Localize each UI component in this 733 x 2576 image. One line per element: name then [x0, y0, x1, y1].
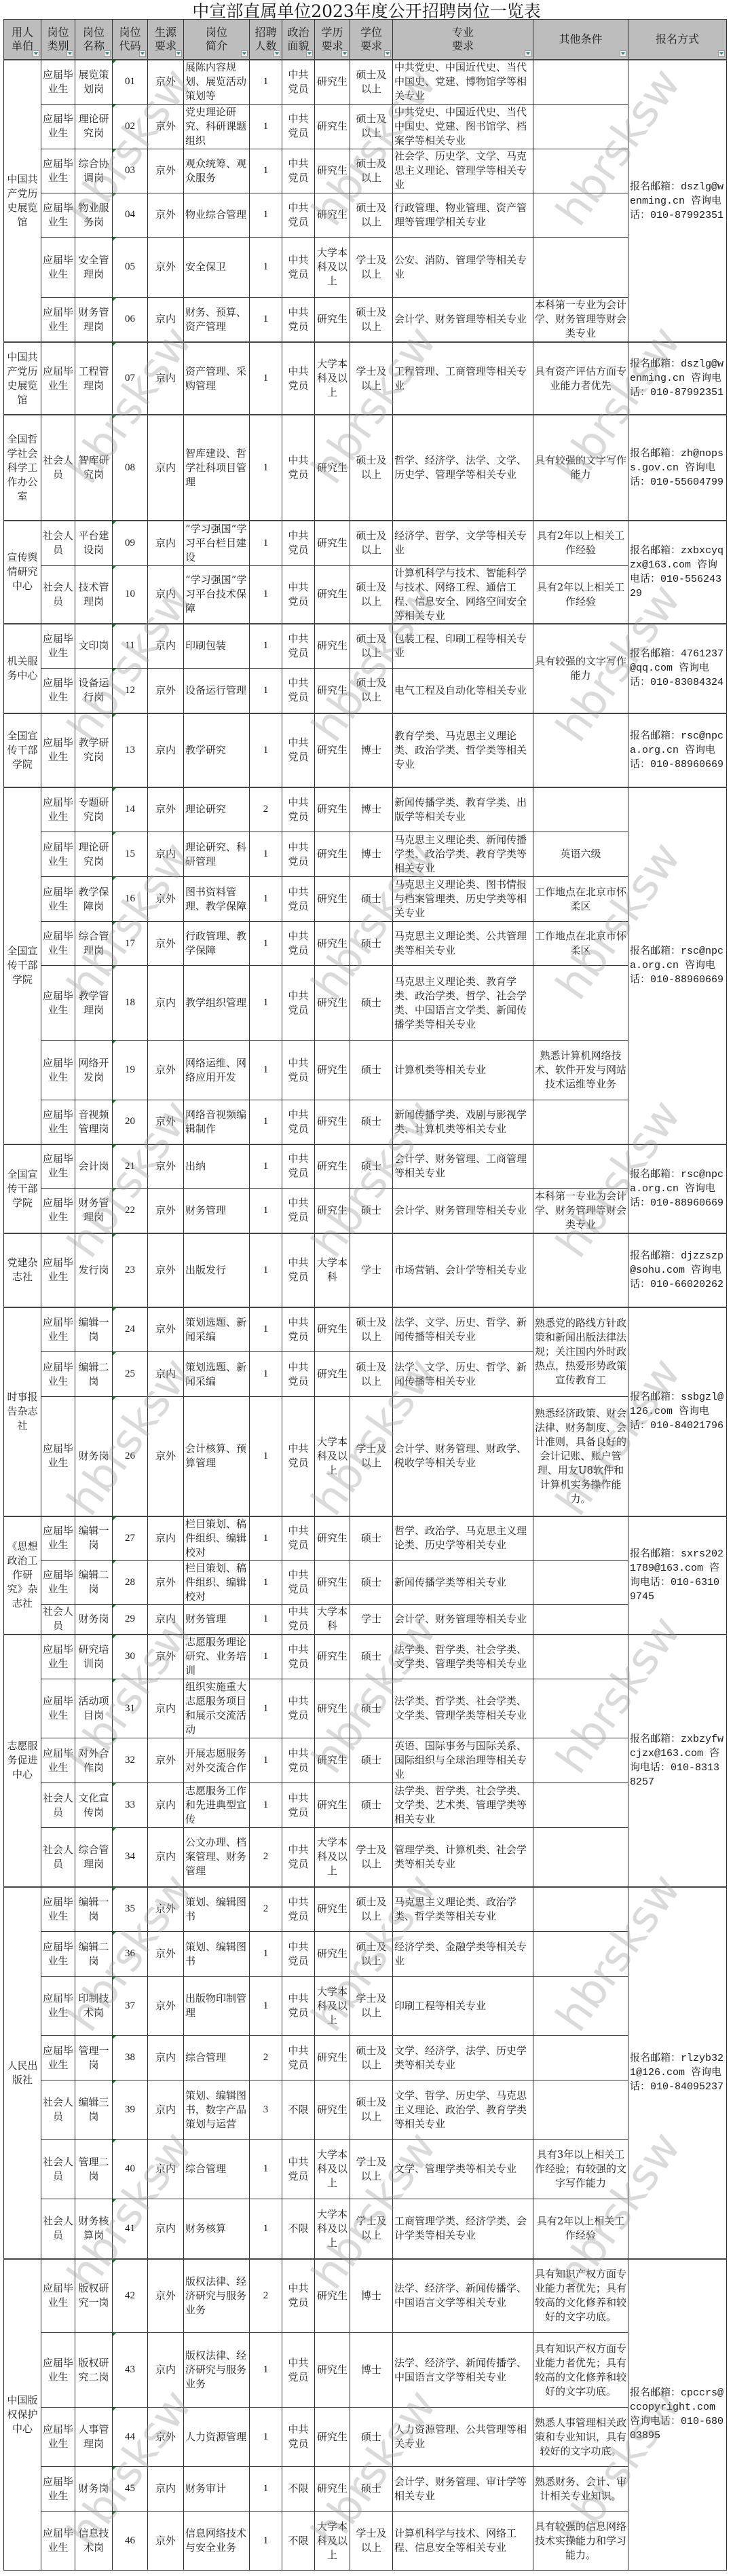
- major-cell[interactable]: 法学、经济学、新闻传播学、中国语言文学等相关专业: [393, 2259, 533, 2333]
- headcount-cell[interactable]: 3: [250, 2080, 282, 2140]
- headcount-cell[interactable]: 1: [250, 1144, 282, 1189]
- headcount-cell[interactable]: 1: [250, 1561, 282, 1605]
- headcount-cell[interactable]: 1: [250, 2467, 282, 2512]
- description-cell[interactable]: 组织实施重大志愿服务项目和展示交流活动: [184, 1679, 250, 1738]
- description-cell[interactable]: 版权法律、经济研究与服务业务: [184, 2259, 250, 2333]
- education-cell[interactable]: 研究生: [315, 1561, 350, 1605]
- application-method-cell[interactable]: 报名邮箱：rsc@npca.org.cn 咨询电话：010-88960669: [628, 1144, 727, 1233]
- position-name-cell[interactable]: 技术管理岗: [75, 565, 113, 624]
- position-code-cell[interactable]: 12: [113, 669, 148, 713]
- description-cell[interactable]: 人力资源管理: [184, 2408, 250, 2467]
- major-cell[interactable]: 马克思主义理论类、图书情报与档案管理类、历史学类等相关专业: [393, 877, 533, 922]
- position-type-cell[interactable]: 应届毕业生: [41, 1233, 75, 1307]
- position-code-cell[interactable]: 19: [113, 1041, 148, 1100]
- source-cell[interactable]: 京内: [148, 2080, 184, 2140]
- political-status-cell[interactable]: 中共党员: [282, 624, 315, 669]
- filter-dropdown-icon[interactable]: [139, 50, 146, 57]
- political-status-cell[interactable]: 中共党员: [282, 1307, 315, 1352]
- source-cell[interactable]: 京内: [148, 1679, 184, 1738]
- position-type-cell[interactable]: 社会人员: [41, 2199, 75, 2259]
- other-conditions-cell[interactable]: [533, 1887, 628, 1932]
- position-code-cell[interactable]: 38: [113, 2036, 148, 2080]
- description-cell[interactable]: 出版发行: [184, 1233, 250, 1307]
- degree-cell[interactable]: 硕士: [350, 1041, 393, 1100]
- education-cell[interactable]: 大学本科: [315, 1233, 350, 1307]
- position-code-cell[interactable]: 07: [113, 342, 148, 415]
- major-cell[interactable]: 法学、文学、历史、哲学、新闻传播等相关专业: [393, 1307, 533, 1352]
- position-type-cell[interactable]: 应届毕业生: [41, 877, 75, 922]
- education-cell[interactable]: 研究生: [315, 565, 350, 624]
- other-conditions-cell[interactable]: [533, 787, 628, 832]
- source-cell[interactable]: 京外: [148, 2512, 184, 2571]
- degree-cell[interactable]: 硕士: [350, 2408, 393, 2467]
- position-code-cell[interactable]: 37: [113, 1977, 148, 2036]
- political-status-cell[interactable]: 中共党员: [282, 342, 315, 415]
- position-type-cell[interactable]: 应届毕业生: [41, 624, 75, 669]
- headcount-cell[interactable]: 1: [250, 1783, 282, 1828]
- application-method-cell[interactable]: 报名邮箱：sxrs2021789@163.com 咨询电话：010-631097…: [628, 1516, 727, 1635]
- position-name-cell[interactable]: 人事管理岗: [75, 2408, 113, 2467]
- description-cell[interactable]: 出版物印制管理: [184, 1977, 250, 2036]
- description-cell[interactable]: 信息网络技术与安全业务: [184, 2512, 250, 2571]
- application-method-cell[interactable]: 报名邮箱：zxbxcyqzx@163.com 咨询电话：010-55624329: [628, 521, 727, 624]
- degree-cell[interactable]: 硕士: [350, 1738, 393, 1783]
- header-count[interactable]: 招聘 人数: [250, 20, 282, 60]
- degree-cell[interactable]: 硕士及以上: [350, 1307, 393, 1352]
- education-cell[interactable]: 大学本科: [315, 1605, 350, 1635]
- position-code-cell[interactable]: 27: [113, 1516, 148, 1561]
- political-status-cell[interactable]: 中共党员: [282, 193, 315, 237]
- source-cell[interactable]: 京外: [148, 1932, 184, 1977]
- description-cell[interactable]: 网络运维、网络应用开发: [184, 1041, 250, 1100]
- position-name-cell[interactable]: 研究培训岗: [75, 1635, 113, 1679]
- major-cell[interactable]: 经济学、哲学、文学等相关专业: [393, 521, 533, 565]
- position-name-cell[interactable]: 印制技术岗: [75, 1977, 113, 2036]
- other-conditions-cell[interactable]: [533, 1100, 628, 1144]
- position-name-cell[interactable]: 财务核算岗: [75, 2199, 113, 2259]
- source-cell[interactable]: 京内: [148, 624, 184, 669]
- position-type-cell[interactable]: 应届毕业生: [41, 1144, 75, 1189]
- position-code-cell[interactable]: 15: [113, 832, 148, 877]
- degree-cell[interactable]: 博士: [350, 713, 393, 787]
- political-status-cell[interactable]: 中共党员: [282, 1635, 315, 1679]
- major-cell[interactable]: 计算机类等相关专业: [393, 1041, 533, 1100]
- position-name-cell[interactable]: 信息技术岗: [75, 2512, 113, 2571]
- position-code-cell[interactable]: 03: [113, 149, 148, 193]
- position-type-cell[interactable]: 应届毕业生: [41, 342, 75, 415]
- other-conditions-cell[interactable]: 具有3年以上相关工作经验；有较强的文字写作能力: [533, 2140, 628, 2199]
- headcount-cell[interactable]: 1: [250, 922, 282, 966]
- headcount-cell[interactable]: 1: [250, 1397, 282, 1516]
- filter-dropdown-icon[interactable]: [306, 50, 313, 57]
- headcount-cell[interactable]: 1: [250, 237, 282, 297]
- education-cell[interactable]: 研究生: [315, 2259, 350, 2333]
- description-cell[interactable]: 开展志愿服务对外交流合作: [184, 1738, 250, 1783]
- position-name-cell[interactable]: 管理二岗: [75, 2140, 113, 2199]
- position-code-cell[interactable]: 06: [113, 297, 148, 342]
- position-name-cell[interactable]: 工程管理岗: [75, 342, 113, 415]
- unit-cell[interactable]: 《思想政治工作研究》杂志社: [4, 1516, 41, 1635]
- degree-cell[interactable]: 硕士及以上: [350, 624, 393, 669]
- other-conditions-cell[interactable]: 熟悉计算机网络技术、软件开发与网站技术运维等业务: [533, 1041, 628, 1100]
- position-name-cell[interactable]: 文印岗: [75, 624, 113, 669]
- position-code-cell[interactable]: 18: [113, 966, 148, 1041]
- source-cell[interactable]: 京外: [148, 1189, 184, 1233]
- political-status-cell[interactable]: 中共党员: [282, 877, 315, 922]
- filter-dropdown-icon[interactable]: [718, 50, 725, 57]
- position-code-cell[interactable]: 17: [113, 922, 148, 966]
- other-conditions-cell[interactable]: 具有知识产权方面专业能力者优先；具有较高的文化修养和较好的文字功底。: [533, 2333, 628, 2408]
- other-conditions-cell[interactable]: [533, 1977, 628, 2036]
- degree-cell[interactable]: 学士及以上: [350, 2512, 393, 2571]
- major-cell[interactable]: 法学类、哲学类、社会学类、文学类、管理学类等相关专业: [393, 1635, 533, 1679]
- degree-cell[interactable]: 硕士及以上: [350, 669, 393, 713]
- other-conditions-cell[interactable]: [533, 60, 628, 104]
- position-code-cell[interactable]: 41: [113, 2199, 148, 2259]
- description-cell[interactable]: 综合管理: [184, 2036, 250, 2080]
- position-code-cell[interactable]: 11: [113, 624, 148, 669]
- degree-cell[interactable]: 学士及以上: [350, 1828, 393, 1887]
- source-cell[interactable]: 京外: [148, 2259, 184, 2333]
- description-cell[interactable]: 行政管理、教学保障: [184, 922, 250, 966]
- position-code-cell[interactable]: 23: [113, 1233, 148, 1307]
- political-status-cell[interactable]: 中共党员: [282, 1932, 315, 1977]
- political-status-cell[interactable]: 中共党员: [282, 1887, 315, 1932]
- major-cell[interactable]: 法学、文学、历史、哲学、新闻传播等相关专业: [393, 1352, 533, 1397]
- position-type-cell[interactable]: 应届毕业生: [41, 1635, 75, 1679]
- position-name-cell[interactable]: 网络开发岗: [75, 1041, 113, 1100]
- political-status-cell[interactable]: 中共党员: [282, 1977, 315, 2036]
- political-status-cell[interactable]: 中共党员: [282, 1352, 315, 1397]
- filter-dropdown-icon[interactable]: [384, 50, 391, 57]
- source-cell[interactable]: 京外: [148, 1144, 184, 1189]
- education-cell[interactable]: 大学本科及以上: [315, 2140, 350, 2199]
- header-politics[interactable]: 政治 面貌: [282, 20, 315, 60]
- application-method-cell[interactable]: 报名邮箱：4761237@qq.com 咨询电话：010-83084324: [628, 624, 727, 713]
- description-cell[interactable]: 会计核算、预算管理: [184, 1397, 250, 1516]
- position-name-cell[interactable]: 编辑一岗: [75, 1887, 113, 1932]
- position-name-cell[interactable]: 平台建设岗: [75, 521, 113, 565]
- position-code-cell[interactable]: 39: [113, 2080, 148, 2140]
- position-type-cell[interactable]: 应届毕业生: [41, 149, 75, 193]
- filter-dropdown-icon[interactable]: [341, 50, 348, 57]
- position-type-cell[interactable]: 社会人员: [41, 565, 75, 624]
- position-code-cell[interactable]: 28: [113, 1561, 148, 1605]
- unit-cell[interactable]: 宣传舆情研究中心: [4, 521, 41, 624]
- position-code-cell[interactable]: 13: [113, 713, 148, 787]
- position-code-cell[interactable]: 30: [113, 1635, 148, 1679]
- education-cell[interactable]: 研究生: [315, 1679, 350, 1738]
- source-cell[interactable]: 京内: [148, 2036, 184, 2080]
- source-cell[interactable]: 京外: [148, 669, 184, 713]
- political-status-cell[interactable]: 中共党员: [282, 1144, 315, 1189]
- other-conditions-cell[interactable]: 本科第一专业为会计学、财务管理等财会类专业: [533, 1189, 628, 1233]
- education-cell[interactable]: 研究生: [315, 713, 350, 787]
- position-type-cell[interactable]: 应届毕业生: [41, 1561, 75, 1605]
- position-code-cell[interactable]: 42: [113, 2259, 148, 2333]
- application-method-cell[interactable]: 报名邮箱：ssbgzl@126.com 咨询电话：010-84021796: [628, 1307, 727, 1516]
- position-name-cell[interactable]: 教学保障岗: [75, 877, 113, 922]
- headcount-cell[interactable]: 1: [250, 877, 282, 922]
- political-status-cell[interactable]: 中共党员: [282, 297, 315, 342]
- degree-cell[interactable]: 博士: [350, 787, 393, 832]
- major-cell[interactable]: 会计学、财务管理、审计学等相关专业: [393, 2467, 533, 2512]
- other-conditions-cell[interactable]: [533, 1605, 628, 1635]
- position-name-cell[interactable]: 编辑一岗: [75, 1307, 113, 1352]
- degree-cell[interactable]: 硕士: [350, 1635, 393, 1679]
- major-cell[interactable]: 会计学、财务管理、工商管理等相关专业: [393, 1144, 533, 1189]
- education-cell[interactable]: 研究生: [315, 1041, 350, 1100]
- source-cell[interactable]: 京内: [148, 1352, 184, 1397]
- other-conditions-cell[interactable]: 工作地点在北京市怀柔区: [533, 877, 628, 922]
- education-cell[interactable]: 大学本科及以上: [315, 342, 350, 415]
- major-cell[interactable]: 马克思主义理论类、教育学类、政治学类、哲学、社会学类、中国语言文学类、新闻传播学…: [393, 966, 533, 1041]
- education-cell[interactable]: 研究生: [315, 149, 350, 193]
- source-cell[interactable]: 京内: [148, 342, 184, 415]
- position-name-cell[interactable]: 文化宣传岗: [75, 1783, 113, 1828]
- degree-cell[interactable]: 硕士及以上: [350, 193, 393, 237]
- position-type-cell[interactable]: 应届毕业生: [41, 1307, 75, 1352]
- other-conditions-cell[interactable]: 熟悉财务、会计、审计相关专业知识。: [533, 2467, 628, 2512]
- major-cell[interactable]: 行政管理、物业管理、资产管理等管理学相关专业: [393, 193, 533, 237]
- degree-cell[interactable]: 学士及以上: [350, 237, 393, 297]
- position-type-cell[interactable]: 应届毕业生: [41, 1397, 75, 1516]
- major-cell[interactable]: 文学、哲学、历史学、马克思主义理论、政治学、教育学类等相关专业: [393, 2080, 533, 2140]
- source-cell[interactable]: 京外: [148, 1307, 184, 1352]
- other-conditions-cell[interactable]: [533, 1738, 628, 1783]
- major-cell[interactable]: 马克思主义理论类、新闻传播学类、政治学类、教育学类等相关专业: [393, 832, 533, 877]
- education-cell[interactable]: 大学本科及以上: [315, 1977, 350, 2036]
- major-cell[interactable]: 中共党史、中国近代史、当代中国史、党建、博物馆学等相关专业: [393, 60, 533, 104]
- position-type-cell[interactable]: 社会人员: [41, 415, 75, 521]
- position-name-cell[interactable]: 财务岗: [75, 1397, 113, 1516]
- description-cell[interactable]: 资产管理、采购管理: [184, 342, 250, 415]
- source-cell[interactable]: 京内: [148, 297, 184, 342]
- position-type-cell[interactable]: 应届毕业生: [41, 2467, 75, 2512]
- political-status-cell[interactable]: 中共党员: [282, 60, 315, 104]
- major-cell[interactable]: 法学、经济学、新闻传播学、中国语言文学等相关专业: [393, 2333, 533, 2408]
- other-conditions-cell[interactable]: [533, 237, 628, 297]
- education-cell[interactable]: 研究生: [315, 877, 350, 922]
- position-type-cell[interactable]: 应届毕业生: [41, 1977, 75, 2036]
- political-status-cell[interactable]: 中共党员: [282, 237, 315, 297]
- headcount-cell[interactable]: 1: [250, 966, 282, 1041]
- political-status-cell[interactable]: 中共党员: [282, 1828, 315, 1887]
- position-name-cell[interactable]: 展览策划岗: [75, 60, 113, 104]
- header-code[interactable]: 岗位 代码: [113, 20, 148, 60]
- degree-cell[interactable]: 学士及以上: [350, 1977, 393, 2036]
- political-status-cell[interactable]: 不限: [282, 2512, 315, 2571]
- headcount-cell[interactable]: 1: [250, 565, 282, 624]
- position-type-cell[interactable]: 应届毕业生: [41, 60, 75, 104]
- major-cell[interactable]: 教育学类、马克思主义理论类、政治学类、哲学类等相关专业: [393, 713, 533, 787]
- source-cell[interactable]: 京内: [148, 2467, 184, 2512]
- headcount-cell[interactable]: 2: [250, 2259, 282, 2333]
- headcount-cell[interactable]: 1: [250, 1932, 282, 1977]
- position-type-cell[interactable]: 应届毕业生: [41, 787, 75, 832]
- application-method-cell[interactable]: 报名邮箱：dszlg@wenming.cn 咨询电话：010-87992351: [628, 342, 727, 415]
- headcount-cell[interactable]: 1: [250, 2140, 282, 2199]
- other-conditions-cell[interactable]: [533, 1828, 628, 1887]
- position-type-cell[interactable]: 应届毕业生: [41, 922, 75, 966]
- application-method-cell[interactable]: 报名邮箱：zxbzyfwcjzx@163.com 咨询电话：010-831382…: [628, 1635, 727, 1887]
- education-cell[interactable]: 研究生: [315, 787, 350, 832]
- major-cell[interactable]: 计算机科学与技术、网络工程、信息安全等相关专业: [393, 2512, 533, 2571]
- position-type-cell[interactable]: 应届毕业生: [41, 1352, 75, 1397]
- political-status-cell[interactable]: 中共党员: [282, 713, 315, 787]
- description-cell[interactable]: 策划、编辑图书: [184, 1887, 250, 1932]
- description-cell[interactable]: 志愿服务理论研究、业务培训: [184, 1635, 250, 1679]
- position-type-cell[interactable]: 应届毕业生: [41, 713, 75, 787]
- position-type-cell[interactable]: 应届毕业生: [41, 2259, 75, 2333]
- position-code-cell[interactable]: 33: [113, 1783, 148, 1828]
- major-cell[interactable]: 包装工程、印刷工程等相关专业: [393, 624, 533, 669]
- position-name-cell[interactable]: 会计岗: [75, 1144, 113, 1189]
- degree-cell[interactable]: 硕士及以上: [350, 565, 393, 624]
- position-name-cell[interactable]: 理论研究岗: [75, 832, 113, 877]
- position-type-cell[interactable]: 应届毕业生: [41, 2333, 75, 2408]
- education-cell[interactable]: 研究生: [315, 1189, 350, 1233]
- position-name-cell[interactable]: 管理一岗: [75, 2036, 113, 2080]
- other-conditions-cell[interactable]: [533, 149, 628, 193]
- position-type-cell[interactable]: 社会人员: [41, 1605, 75, 1635]
- description-cell[interactable]: 财务管理: [184, 1189, 250, 1233]
- position-code-cell[interactable]: 08: [113, 415, 148, 521]
- source-cell[interactable]: 京内: [148, 1828, 184, 1887]
- degree-cell[interactable]: 博士: [350, 832, 393, 877]
- political-status-cell[interactable]: 中共党员: [282, 1783, 315, 1828]
- filter-dropdown-icon[interactable]: [274, 50, 280, 57]
- degree-cell[interactable]: 硕士及以上: [350, 1352, 393, 1397]
- source-cell[interactable]: 京内: [148, 415, 184, 521]
- headcount-cell[interactable]: 1: [250, 193, 282, 237]
- education-cell[interactable]: 研究生: [315, 1100, 350, 1144]
- other-conditions-cell[interactable]: 具有较强的文字写作能力: [533, 624, 628, 713]
- other-conditions-cell[interactable]: 英语六级: [533, 832, 628, 877]
- position-type-cell[interactable]: 应届毕业生: [41, 1679, 75, 1738]
- degree-cell[interactable]: 学士及以上: [350, 1397, 393, 1516]
- position-type-cell[interactable]: 应届毕业生: [41, 669, 75, 713]
- headcount-cell[interactable]: 1: [250, 1635, 282, 1679]
- political-status-cell[interactable]: 中共党员: [282, 832, 315, 877]
- source-cell[interactable]: 京内: [148, 713, 184, 787]
- headcount-cell[interactable]: 2: [250, 1828, 282, 1887]
- major-cell[interactable]: 英语、国际事务与国际关系、国际组织与全球治理等相关专业: [393, 1738, 533, 1783]
- education-cell[interactable]: 研究生: [315, 1738, 350, 1783]
- degree-cell[interactable]: 硕士及以上: [350, 297, 393, 342]
- header-edu[interactable]: 学历 要求: [315, 20, 350, 60]
- headcount-cell[interactable]: 1: [250, 2512, 282, 2571]
- position-code-cell[interactable]: 21: [113, 1144, 148, 1189]
- major-cell[interactable]: 新闻传播学类、戏剧与影视学类、计算机类等相关专业: [393, 1100, 533, 1144]
- political-status-cell[interactable]: 中共党员: [282, 1516, 315, 1561]
- other-conditions-cell[interactable]: 具有较强的信息网络技术实操能力和学习能力。: [533, 2512, 628, 2571]
- political-status-cell[interactable]: 中共党员: [282, 1605, 315, 1635]
- position-code-cell[interactable]: 22: [113, 1189, 148, 1233]
- source-cell[interactable]: 京内: [148, 565, 184, 624]
- position-name-cell[interactable]: 专题研究岗: [75, 787, 113, 832]
- headcount-cell[interactable]: 2: [250, 787, 282, 832]
- source-cell[interactable]: 京外: [148, 1041, 184, 1100]
- description-cell[interactable]: 栏目策划、稿件组织、编辑校对: [184, 1516, 250, 1561]
- description-cell[interactable]: “学习强国”学习平台技术保障: [184, 565, 250, 624]
- degree-cell[interactable]: 学士及以上: [350, 342, 393, 415]
- header-desc[interactable]: 岗位 简介: [184, 20, 250, 60]
- major-cell[interactable]: 市场营销、会计学等相关专业: [393, 1233, 533, 1307]
- major-cell[interactable]: 印刷工程等相关专业: [393, 1977, 533, 2036]
- headcount-cell[interactable]: 1: [250, 1516, 282, 1561]
- major-cell[interactable]: 法学类、哲学类、社会学类、文学类、管理学类等相关专业: [393, 1679, 533, 1738]
- degree-cell[interactable]: 硕士: [350, 1144, 393, 1189]
- degree-cell[interactable]: 硕士: [350, 1561, 393, 1605]
- position-name-cell[interactable]: 编辑一岗: [75, 1516, 113, 1561]
- position-code-cell[interactable]: 44: [113, 2408, 148, 2467]
- education-cell[interactable]: 大学本科及以上: [315, 2199, 350, 2259]
- description-cell[interactable]: 教学研究: [184, 713, 250, 787]
- other-conditions-cell[interactable]: [533, 193, 628, 237]
- description-cell[interactable]: “学习强国”学习平台栏目建设: [184, 521, 250, 565]
- degree-cell[interactable]: 硕士及以上: [350, 60, 393, 104]
- description-cell[interactable]: 策划选题、新闻采编: [184, 1307, 250, 1352]
- other-conditions-cell[interactable]: 熟悉人事管理相关政策和专业知识，具有较好的文字功底。: [533, 2408, 628, 2467]
- other-conditions-cell[interactable]: 熟悉党的路线方针政策和新闻出版法律法规；关注国内外时政热点，热爱形势政策宣传教育…: [533, 1307, 628, 1397]
- other-conditions-cell[interactable]: [533, 966, 628, 1041]
- degree-cell[interactable]: 硕士: [350, 1100, 393, 1144]
- position-type-cell[interactable]: 应届毕业生: [41, 104, 75, 149]
- description-cell[interactable]: 物业综合管理: [184, 193, 250, 237]
- position-name-cell[interactable]: 编辑三岗: [75, 2080, 113, 2140]
- source-cell[interactable]: 京外: [148, 922, 184, 966]
- position-code-cell[interactable]: 40: [113, 2140, 148, 2199]
- description-cell[interactable]: 财务、预算、资产管理: [184, 297, 250, 342]
- description-cell[interactable]: 综合管理: [184, 2140, 250, 2199]
- position-code-cell[interactable]: 26: [113, 1397, 148, 1516]
- position-name-cell[interactable]: 智库研究岗: [75, 415, 113, 521]
- source-cell[interactable]: 京内: [148, 2199, 184, 2259]
- headcount-cell[interactable]: 1: [250, 104, 282, 149]
- major-cell[interactable]: 管理学类、计算机类、社会学类等相关专业: [393, 1828, 533, 1887]
- position-name-cell[interactable]: 编辑二岗: [75, 1561, 113, 1605]
- filter-dropdown-icon[interactable]: [241, 50, 248, 57]
- position-type-cell[interactable]: 应届毕业生: [41, 2512, 75, 2571]
- degree-cell[interactable]: 硕士及以上: [350, 149, 393, 193]
- major-cell[interactable]: 社会学、历史学、文学、马克思主义理论、管理学等相关专业: [393, 149, 533, 193]
- education-cell[interactable]: 研究生: [315, 669, 350, 713]
- education-cell[interactable]: 研究生: [315, 922, 350, 966]
- headcount-cell[interactable]: 2: [250, 1887, 282, 1932]
- header-apply[interactable]: 报名方式: [628, 20, 727, 60]
- headcount-cell[interactable]: 1: [250, 624, 282, 669]
- position-type-cell[interactable]: 应届毕业生: [41, 297, 75, 342]
- education-cell[interactable]: 研究生: [315, 1932, 350, 1977]
- position-code-cell[interactable]: 31: [113, 1679, 148, 1738]
- political-status-cell[interactable]: 中共党员: [282, 1679, 315, 1738]
- headcount-cell[interactable]: 1: [250, 60, 282, 104]
- other-conditions-cell[interactable]: [533, 1635, 628, 1679]
- position-type-cell[interactable]: 社会人员: [41, 1828, 75, 1887]
- political-status-cell[interactable]: 中共党员: [282, 787, 315, 832]
- education-cell[interactable]: 研究生: [315, 1783, 350, 1828]
- position-name-cell[interactable]: 综合管理岗: [75, 922, 113, 966]
- major-cell[interactable]: 文学、管理学类等相关专业: [393, 2140, 533, 2199]
- description-cell[interactable]: 出纳: [184, 1144, 250, 1189]
- degree-cell[interactable]: 硕士及以上: [350, 1887, 393, 1932]
- source-cell[interactable]: 京外: [148, 60, 184, 104]
- political-status-cell[interactable]: 不限: [282, 2080, 315, 2140]
- unit-cell[interactable]: 中国共产党历史展览馆: [4, 60, 41, 342]
- headcount-cell[interactable]: 1: [250, 1307, 282, 1352]
- political-status-cell[interactable]: 中共党员: [282, 1233, 315, 1307]
